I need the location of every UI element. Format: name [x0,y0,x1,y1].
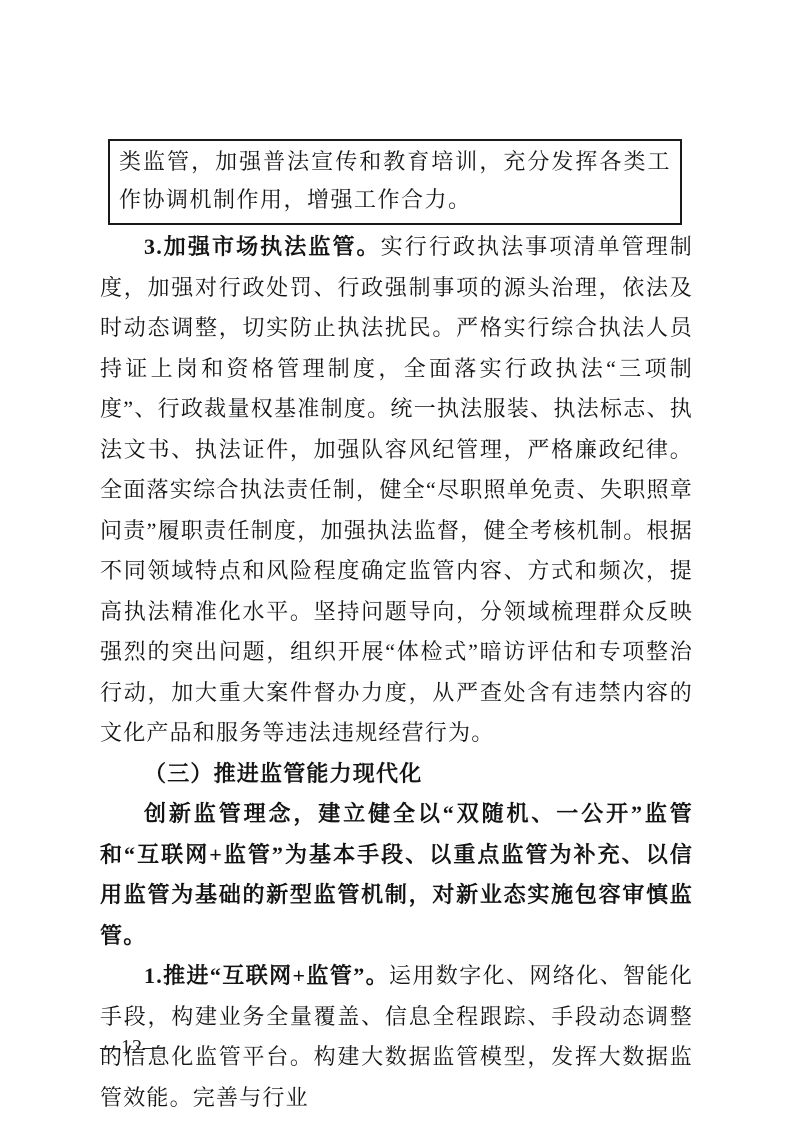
paragraph-internet-plus-supervision: 1.推进“互联网+监管”。运用数字化、网络化、智能化手段，构建业务全量覆盖、信息… [100,956,693,1118]
paragraph-market-enforcement-body: 实行行政执法事项清单管理制度，加强对行政处罚、行政强制事项的源头治理，依法及时动… [100,234,693,745]
document-page: 类监管，加强普法宣传和教育培训，充分发挥各类工作协调机制作用，增强工作合力。 3… [0,0,793,1122]
paragraph-market-enforcement-lead: 3.加强市场执法监管。 [144,234,381,259]
boxed-note-text: 类监管，加强普法宣传和教育培训，充分发挥各类工作协调机制作用，增强工作合力。 [119,149,671,212]
paragraph-market-enforcement: 3.加强市场执法监管。实行行政执法事项清单管理制度，加强对行政处罚、行政强制事项… [100,227,693,754]
page-footer: —12— [100,1036,164,1059]
paragraph-innovate-supervision: 创新监管理念，建立健全以“双随机、一公开”监管和“互联网+监管”为基本手段、以重… [100,794,693,956]
paragraph-internet-plus-supervision-lead: 1.推进“互联网+监管”。 [144,963,389,988]
page-number: —12— [100,1036,164,1058]
section-heading-modernize-supervision: （三）推进监管能力现代化 [100,754,693,795]
document-body: 3.加强市场执法监管。实行行政执法事项清单管理制度，加强对行政处罚、行政强制事项… [100,227,693,1118]
boxed-note: 类监管，加强普法宣传和教育培训，充分发挥各类工作协调机制作用，增强工作合力。 [108,139,682,225]
